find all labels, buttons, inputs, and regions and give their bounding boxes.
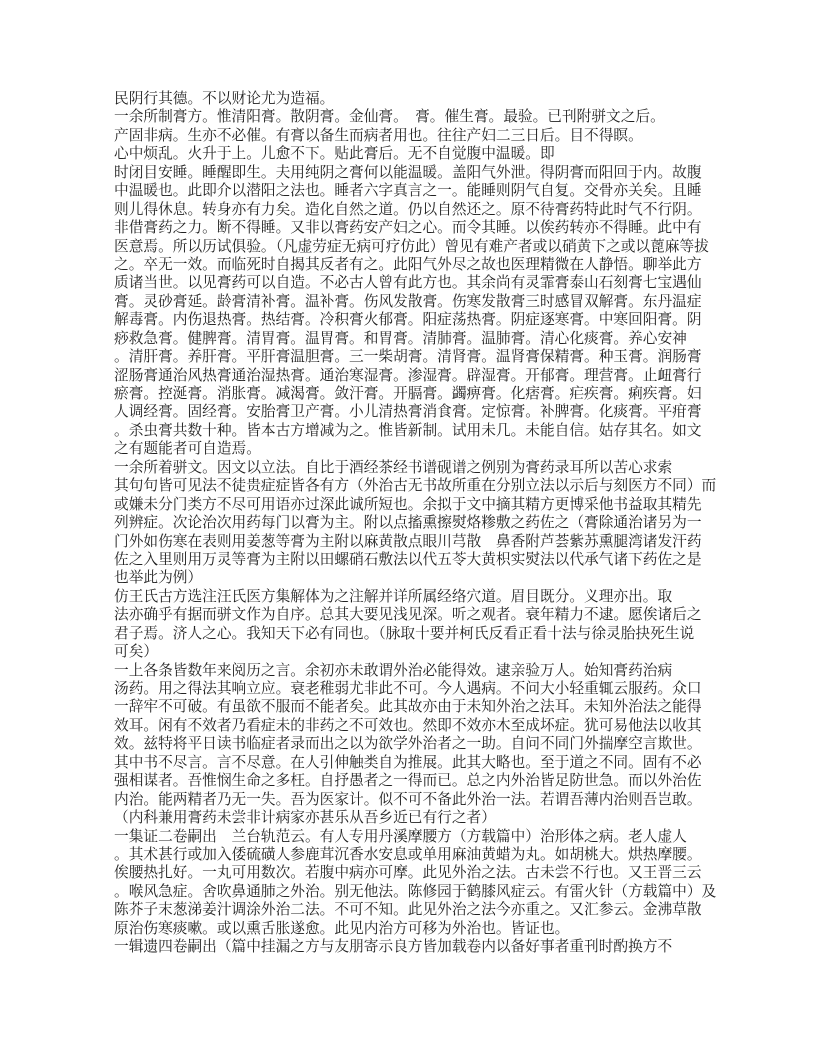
- text-line: 人调经膏。固经膏。安胎膏卫产膏。小儿清热膏消食膏。定惊膏。补脾膏。化痰膏。平疳膏: [114, 403, 774, 421]
- text-line: 列辨症。次论治次用药每门以膏为主。附以点搐熏擦熨烙糁敷之药佐之（膏除通治诸另为一: [114, 514, 774, 532]
- text-line: 俟腰热扎好。一丸可用数次。若腹中病亦可摩。此见外治之法。古未尝不行也。又王晋三云: [114, 864, 774, 882]
- text-line: 一余所制膏方。惟清阳膏。散阴膏。金仙膏。 膏。催生膏。最验。已刊附骈文之后。: [114, 108, 774, 126]
- text-line: 原治伤寒痰嗽。或以熏舌胀遂愈。此见内治方可移为外治也。皆证也。: [114, 920, 774, 938]
- text-block: 民阴行其德。不以财论尤为造福。一余所制膏方。惟清阳膏。散阴膏。金仙膏。 膏。催生…: [114, 90, 774, 957]
- text-line: 门外如伤寒在表则用姜葱等膏为主附以麻黄散点眼川芎散 鼻香附芦荟紫苏熏腿湾诸发汗药: [114, 533, 774, 551]
- text-line: 效。兹特将平日读书临症者录而出之以为欲学外治者之一助。自问不同门外揣摩空言欺世。: [114, 735, 774, 753]
- text-line: 一辞牢不可破。有虽欲不服而不能者矣。此其故亦由于未知外治之法耳。未知外治法之能得: [114, 698, 774, 716]
- document-page: 民阴行其德。不以财论尤为造福。一余所制膏方。惟清阳膏。散阴膏。金仙膏。 膏。催生…: [0, 0, 816, 1056]
- text-line: 君子焉。济人之心。我知天下必有同也。（脉取十要并柯氏反看正看十法与徐灵胎抉死生说: [114, 625, 774, 643]
- text-line: 强相谋者。吾惟悯生命之多枉。自抒愚者之一得而已。总之内外治皆足防世急。而以外治佐: [114, 772, 774, 790]
- text-line: 佐之入里则用万灵等膏为主附以田螺硝石敷法以代五苓大黄枳实熨法以代承气诸下药佐之是: [114, 551, 774, 569]
- text-line: 时闭目安睡。睡醒即生。夫用纯阴之膏何以能温暖。盖阳气外泄。得阴膏而阳回于内。故腹: [114, 164, 774, 182]
- text-line: 。清肝膏。养肝膏。平肝膏温胆膏。三一柴胡膏。清肾膏。温肾膏保精膏。种玉膏。润肠膏: [114, 348, 774, 366]
- text-line: 质诸当世。以见膏药可以自造。不必古人曾有此方也。其余尚有灵霏膏泰山石刻膏七宝遇仙: [114, 274, 774, 292]
- text-line: 效耳。闲有不效者乃看症未的非药之不可效也。然即不效亦木至成坏症。犹可易他法以收其: [114, 717, 774, 735]
- text-line: 痧救急膏。健脾膏。清胃膏。温胃膏。和胃膏。清肺膏。温肺膏。清心化痰膏。养心安神: [114, 330, 774, 348]
- text-line: 其中书不尽言。言不尽意。在人引伸触类自为推展。此其大略也。至于道之不同。固有不必: [114, 754, 774, 772]
- text-line: 法亦确乎有据而骈文作为自序。总其大要见浅见深。听之观者。衰年精力不逮。愿俟诸后之: [114, 606, 774, 624]
- text-line: 。其术甚行或加入倭硫磺人参鹿茸沉香水安息或单用麻油黄蜡为丸。如胡桃大。烘热摩腰。: [114, 846, 774, 864]
- text-line: 医意焉。所以历试俱验。（凡虚劳症无病可疗仿此）曾见有难产者或以硝黄下之或以蓖麻等…: [114, 238, 774, 256]
- text-line: 产固非病。生亦不必催。有膏以备生而病者用也。往往产妇二三日后。目不得瞑。: [114, 127, 774, 145]
- text-line: 其句句皆可见法不徒贵症症皆各有方（外治古无书故所重在分别立法以示后与刻医方不同）…: [114, 477, 774, 495]
- text-line: 也举此为例）: [114, 569, 774, 587]
- text-line: 膏。灵砂膏延。龄膏清补膏。温补膏。伤风发散膏。伤寒发散膏三时感冒双解膏。东丹温症: [114, 293, 774, 311]
- text-line: 瘀膏。控涎膏。消胀膏。减渴膏。敛汗膏。开膈膏。蠲痹膏。化痞膏。疟疾膏。痢疾膏。妇: [114, 385, 774, 403]
- text-line: 一集证二卷嗣出 兰台轨范云。有人专用丹溪摩腰方（方载篇中）治形体之病。老人虚人: [114, 828, 774, 846]
- text-line: 一辑遗四卷嗣出（篇中挂漏之方与友朋寄示良方皆加载卷内以备好事者重刊时酌换方不: [114, 938, 774, 956]
- text-line: 解毒膏。内伤退热膏。热结膏。冷积膏火郁膏。阳症荡热膏。阴症逐寒膏。中寒回阳膏。阴: [114, 311, 774, 329]
- text-line: （内科兼用膏药未尝非计病家亦甚乐从吾乡近已有行之者）: [114, 809, 774, 827]
- text-line: 一上各条皆数年来阅历之言。余初亦未敢谓外治必能得效。逮亲验万人。始知膏药治病: [114, 662, 774, 680]
- text-line: 一余所着骈文。因文以立法。自比于酒经茶经书谱砚谱之例别为膏药录耳所以苦心求索: [114, 459, 774, 477]
- text-line: 或嫌未分门类方不尽可用语亦过深此诚所短也。余拟于文中摘其精方更博采他书益取其精先: [114, 496, 774, 514]
- text-line: 内治。能两精者乃无一失。吾为医家计。似不可不备此外治一法。若谓吾薄内治则吾岂敢。: [114, 791, 774, 809]
- text-line: 之。卒无一效。而临死时自揭其反者有之。此阳气外尽之故也医理精微在人静悟。聊举此方: [114, 256, 774, 274]
- text-line: 民阴行其德。不以财论尤为造福。: [114, 90, 774, 108]
- text-line: 心中烦乱。火升于上。儿愈不下。贴此膏后。无不自觉腹中温暖。即: [114, 145, 774, 163]
- text-line: 中温暖也。此即介以潜阳之法也。睡者六字真言之一。能睡则阴气自复。交骨亦关矣。且睡: [114, 182, 774, 200]
- text-line: 仿王氏古方选注汪氏医方集解体为之注解并详所属经络穴道。眉目既分。义理亦出。取: [114, 588, 774, 606]
- text-line: 之有题能者可自造焉。: [114, 440, 774, 458]
- text-line: 则儿得休息。转身亦有力矣。造化自然之道。仍以自然还之。原不待膏药特此时气不行阴。: [114, 201, 774, 219]
- text-line: 非借膏药之力。断不得睡。又非以膏药安产妇之心。而令其睡。以俟药转亦不得睡。此中有: [114, 219, 774, 237]
- text-line: 陈芥子末葱涕姜汁调涂外治二法。不可不知。此见外治之法今亦重之。又汇参云。金沸草散: [114, 901, 774, 919]
- text-line: 涩肠膏通治风热膏通治湿热膏。通治寒湿膏。渗湿膏。辟湿膏。开郁膏。理营膏。止衄膏行: [114, 367, 774, 385]
- text-line: 汤药。用之得法其响立应。衰老稚弱尤非此不可。今人遇病。不问大小轻重辄云服药。众口: [114, 680, 774, 698]
- text-line: 可矣）: [114, 643, 774, 661]
- text-line: 。杀虫膏共数十种。皆本古方增减为之。惟皆新制。试用未几。未能自信。姑存其名。如文: [114, 422, 774, 440]
- text-line: 。喉风急症。舍吹鼻通肺之外治。别无他法。陈修园于鹤膝风症云。有雷火针（方载篇中）…: [114, 883, 774, 901]
